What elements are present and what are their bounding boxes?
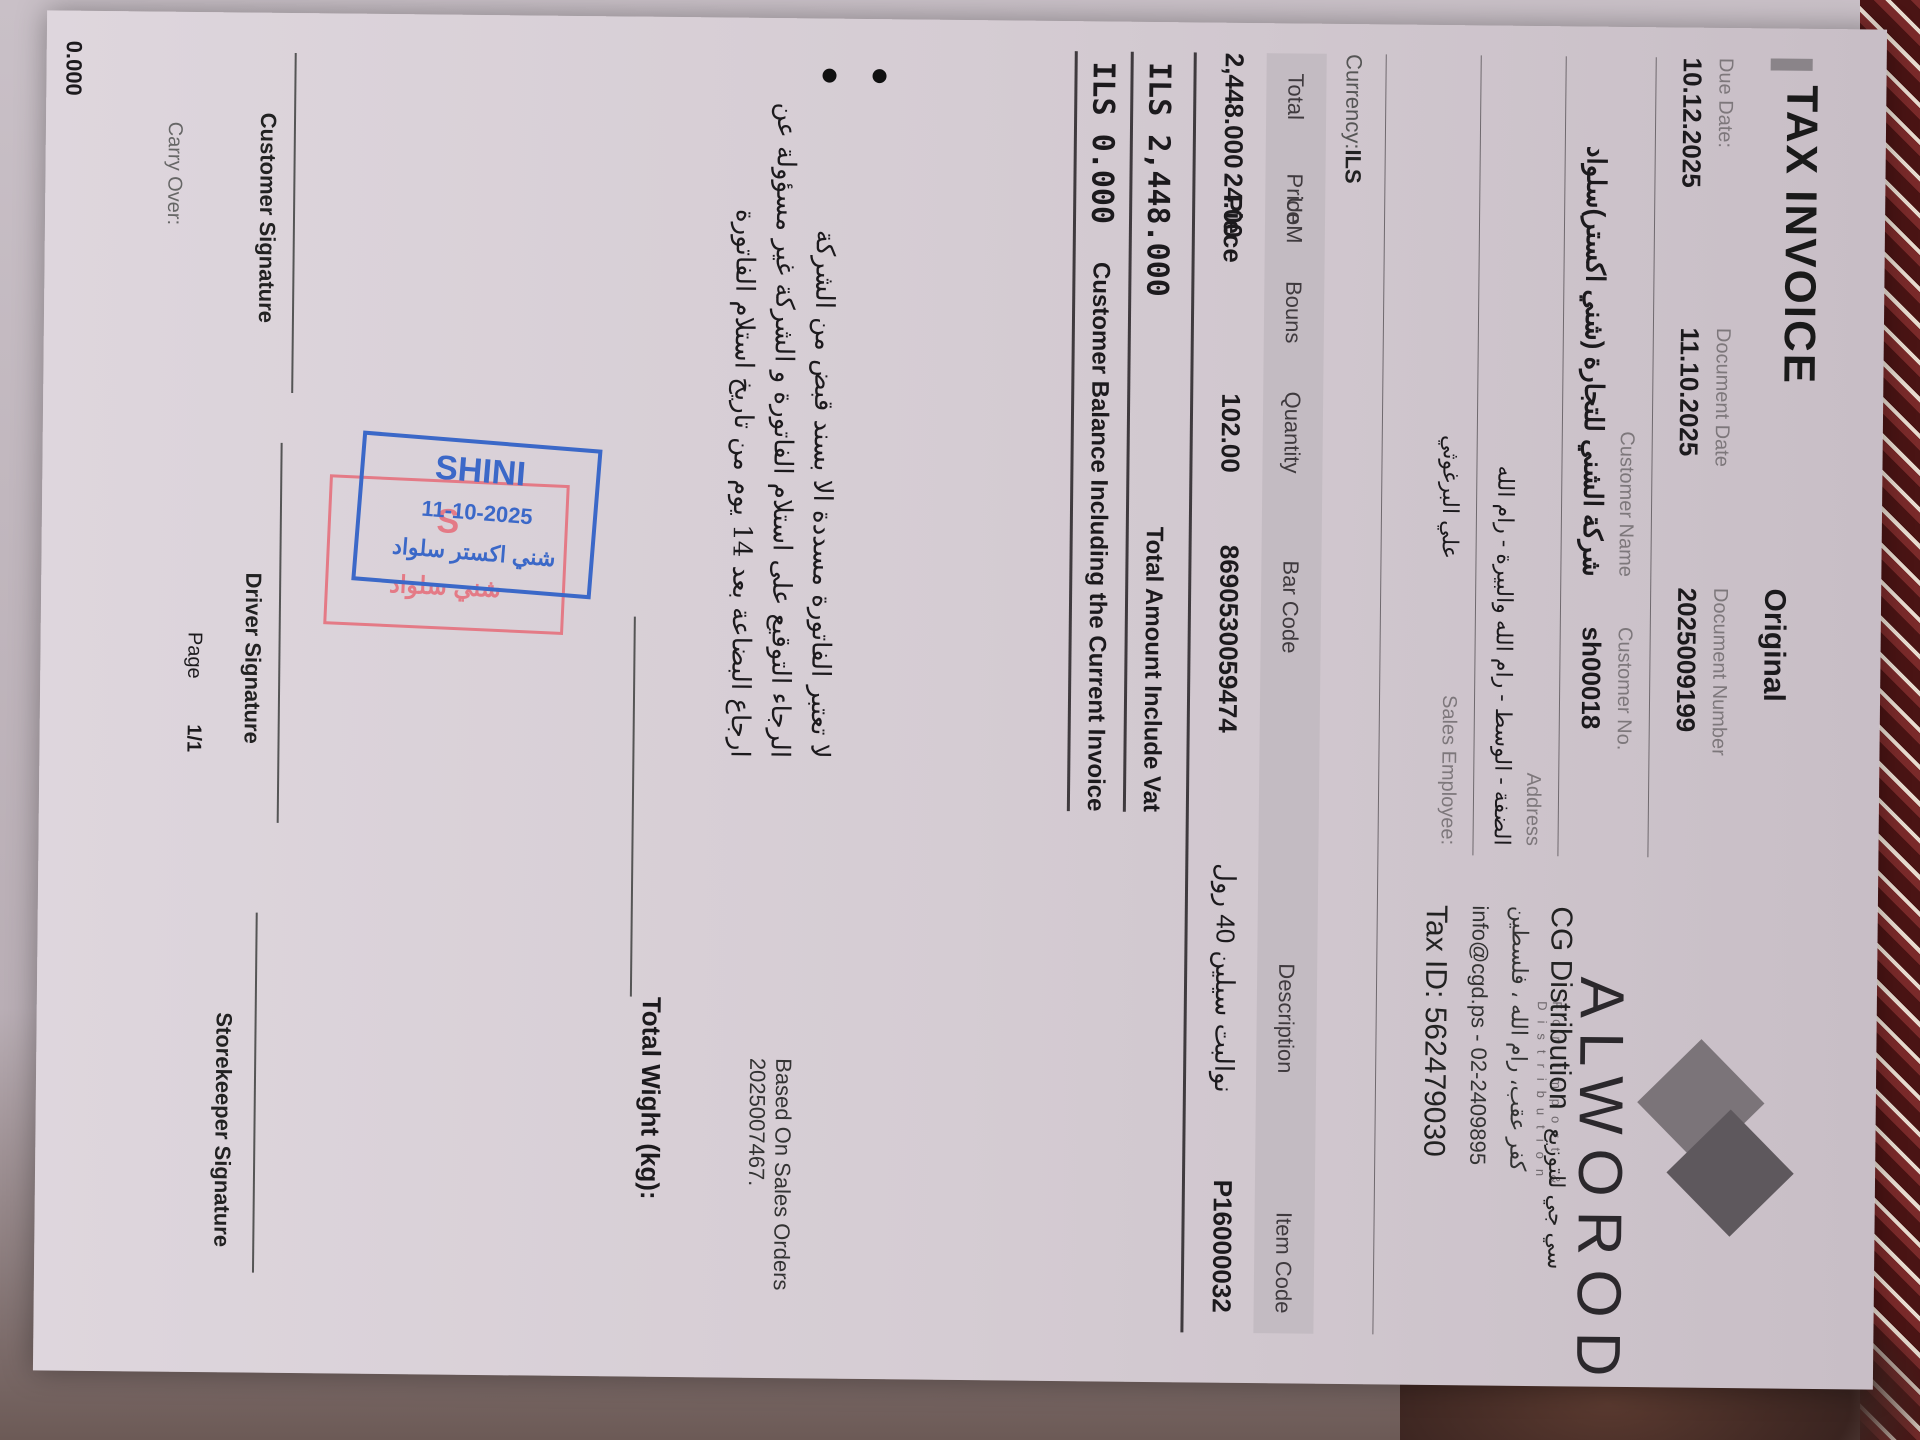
note-2: الرجاء التوقيع على استلام الفاتورة و الش… xyxy=(719,58,806,759)
company-name-en: CG Distribution xyxy=(1543,906,1578,1110)
customer-no-field: Customer No. sh00018 xyxy=(1574,626,1636,847)
title-accent-bar xyxy=(1771,58,1813,70)
page-label: Page xyxy=(183,632,205,679)
bullet-icon xyxy=(872,69,886,83)
cell-item-code: P16000032 xyxy=(1206,1180,1238,1313)
sales-employee-field: Sales Employee: علي البرغوثي xyxy=(1434,55,1467,845)
document-date-field: Document Date 11.10.2025 xyxy=(1671,327,1734,578)
invoice-title: TAX INVOICE xyxy=(1774,85,1826,385)
due-date-label: Due Date: xyxy=(1711,58,1737,308)
customer-no-value: sh00018 xyxy=(1574,626,1607,846)
document-number-label: Document Number xyxy=(1705,588,1731,848)
col-price: Price xyxy=(1281,173,1308,223)
carry-over-label: Carry Over: xyxy=(162,122,186,226)
currency-label: Currency: xyxy=(1341,54,1367,150)
customer-balance-value: ILS 0.000 xyxy=(1084,61,1121,224)
currency-value: ILS xyxy=(1340,149,1365,183)
copy-label: Original xyxy=(1756,588,1791,702)
customer-name-value: شركة الشني للتجارة (شني اكستر)سلواد xyxy=(1576,56,1612,576)
col-item-code: Item Code xyxy=(1270,1212,1297,1314)
carry-over-value: 0.000 xyxy=(60,41,87,96)
page-indicator: Page 1/1 xyxy=(181,632,205,752)
customer-no-label: Customer No. xyxy=(1610,627,1635,847)
totals-block: Total Amount Include Vat ILS 2,448.000 C… xyxy=(1067,51,1187,812)
title-block: TAX INVOICE xyxy=(1766,58,1827,519)
based-on-label: Based On Sales Orders xyxy=(768,1058,796,1291)
currency: Currency:ILS xyxy=(1339,54,1366,184)
based-on-sales-orders: Based On Sales Orders 2025007467. xyxy=(742,1058,796,1291)
company-tax-id: Tax ID: 562479030 xyxy=(1416,905,1453,1157)
table-row: P16000032 نوالبت سيلين 40 رول 8690530059… xyxy=(1188,52,1261,1333)
blue-stamp: SHINI 11-10-2025 شني اكستر سلواد xyxy=(351,431,602,600)
total-amount-row: Total Amount Include Vat ILS 2,448.000 xyxy=(1123,52,1187,813)
customer-signature-label: Customer Signature xyxy=(253,113,281,324)
address-value: الضفة - الوسط - رام الله والبيرة - رام ا… xyxy=(1489,56,1523,846)
total-amount-label: Total Amount Include Vat xyxy=(1137,527,1168,813)
col-total: Total xyxy=(1282,73,1308,120)
col-description: Description xyxy=(1272,963,1299,1073)
col-quantity: Quantity xyxy=(1278,391,1305,473)
terms-notes: لا تعتبر الفاتورة مسددة الا بسند قبض من … xyxy=(719,58,846,759)
blue-stamp-line: SHINI xyxy=(363,443,597,500)
document-number-value: 2025009199 xyxy=(1668,587,1702,847)
col-bonus: Bouns xyxy=(1280,281,1307,344)
document-number-field: Document Number 2025009199 xyxy=(1668,587,1731,848)
customer-name-field: Customer Name شركة الشني للتجارة (شني اك… xyxy=(1576,56,1641,577)
invoice-paper: TAX INVOICE Original Due Date: 10.12.202… xyxy=(33,10,1887,1389)
based-on-value: 2025007467. xyxy=(742,1058,770,1291)
cell-bar-code: 8690530059474 xyxy=(1212,545,1245,733)
divider xyxy=(1557,56,1566,856)
cell-total: 2,448.000 xyxy=(1218,53,1250,169)
due-date-value: 10.12.2025 xyxy=(1674,57,1708,307)
company-address: كفر عقب، رام الله ، فلسطين xyxy=(1504,906,1533,1172)
company-name-ar: سي جي للتوزيع xyxy=(1543,1128,1569,1270)
cell-quantity: 102.00 xyxy=(1214,393,1246,473)
document-date-label: Document Date xyxy=(1708,328,1734,578)
company-logo xyxy=(1614,1037,1776,1239)
total-amount-value: ILS 2,448.000 xyxy=(1139,62,1176,297)
total-weight-line xyxy=(630,617,636,997)
invoice-document: TAX INVOICE Original Due Date: 10.12.202… xyxy=(33,10,1887,1389)
divider xyxy=(1372,54,1386,1334)
customer-balance-row: Customer Balance Including the Current I… xyxy=(1067,51,1131,812)
blue-stamp-line: شني اكستر سلواد xyxy=(357,531,590,576)
customer-signature-line xyxy=(291,53,297,393)
note-1: لا تعتبر الفاتورة مسددة الا بسند قبض من … xyxy=(799,58,846,758)
divider xyxy=(1647,57,1656,857)
cell-description: نوالبت سيلين 40 رول xyxy=(1208,863,1241,1093)
company-name: CG Distribution سي جي للتوزيع xyxy=(1540,906,1578,1269)
storekeeper-signature-line xyxy=(252,913,258,1273)
divider xyxy=(1472,55,1481,855)
customer-balance-label: Customer Balance Including the Current I… xyxy=(1081,262,1115,812)
table-header: Item Code Description Bar Code Quantity … xyxy=(1253,53,1326,1334)
customer-name-label: Customer Name xyxy=(1613,57,1641,577)
bullet-icon xyxy=(822,69,836,83)
storekeeper-signature-label: Storekeeper Signature xyxy=(208,1012,236,1247)
company-contact: info@cgd.ps - 02-2409895 xyxy=(1464,905,1493,1165)
document-date-value: 11.10.2025 xyxy=(1671,327,1705,577)
col-bar-code: Bar Code xyxy=(1277,560,1304,653)
driver-signature-label: Driver Signature xyxy=(239,572,267,743)
page-value: 1/1 xyxy=(182,724,204,752)
due-date-field: Due Date: 10.12.2025 xyxy=(1674,57,1737,308)
address-label: Address xyxy=(1521,56,1552,846)
address-field: Address الضفة - الوسط - رام الله والبيرة… xyxy=(1489,56,1552,847)
total-weight-label: Total Wight (kg): xyxy=(634,997,667,1200)
driver-signature-line xyxy=(277,443,283,823)
cell-price: 24.00 xyxy=(1217,173,1249,238)
